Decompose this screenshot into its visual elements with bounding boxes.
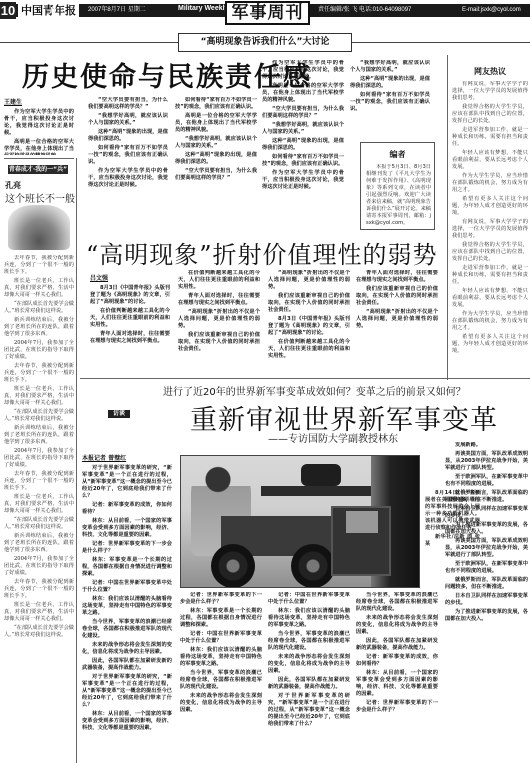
sidebar-story-title: 这个班长不一般 (5, 190, 75, 205)
hatch-decoration: //// (50, 6, 55, 15)
section-rule (80, 378, 530, 379)
interview-col-1: 本报记者 曾璧红 对于世界新军事变革的研究，“新军事变革”是一个正在进行的过程，… (82, 453, 172, 763)
main-article-col-2: “空大学员要有担当，为什么我们要高明这样的学员？” “我想学好高明，就应该认识个… (88, 97, 168, 232)
editor-note-box: 编者 本报于5月3日、8月3日相继刊发了《平凡大学生为何难于发挥作用》、《高明现… (360, 142, 435, 230)
second-article-col-1: 吕文强 8月3日《中国青年报》头版刊登了题为《高明现象》的文章，引起了“高明现象… (90, 273, 170, 373)
left-column-divider (76, 158, 77, 763)
sidebar-story-text: 去年春节，我被分配到新兵连，分到了一个很不一般的班长手下。 班长是一位老兵，工作… (4, 255, 74, 760)
reader-comments-text: 有网友说，军事大学学子的选择，一位大学学员的发展值得我们思考。 我觉得合格的大学… (452, 81, 528, 378)
second-article-col-4: 青年人面对选择时，往往需要在理想与现实之间找到平衡点。 我们应该重新审视自己的价… (356, 270, 438, 373)
sidebar-rule (4, 158, 74, 159)
interview-subheadline: ——专访国防大学副教授林东 (268, 430, 398, 445)
english-title: Military Weekly (178, 5, 228, 12)
robot-photo (180, 455, 420, 588)
section-title: 军事周刊 (225, 1, 310, 25)
interview-tag: 访谈 (108, 410, 130, 418)
photo-robot-weapon (261, 486, 371, 496)
main-article-col-4: 作为空军大学生学员中的骨干，应当积极投身这次讨论，我觉得这次讨论正是时候。 高明… (262, 60, 344, 232)
reader-comments-title: 网友热议 (452, 66, 528, 77)
interview-col-3: 记者：中国在世界新军事变革中处于什么位置？ 林东：我们应该以清醒的头脑看待这场变… (268, 592, 350, 763)
date-line: 2007年8月7日 星期二 (88, 6, 146, 15)
page-number: 10 (0, 2, 16, 19)
photo-robot-scope (301, 464, 341, 486)
series-tag: 青春成才·我的一“兵” (8, 165, 68, 174)
paper-logo: 中国青年报 (18, 2, 79, 19)
second-headline: “高明现象”折射价值理性的弱势 (86, 235, 438, 270)
editor-line: 责任编辑/张 飞 电话:010-64098097 (318, 6, 411, 15)
interview-col-5: 发展新路。 再谈美国方面，军队改革成效明显，从2003年伊拉克战争开始，美军就进… (445, 442, 528, 763)
second-article-col-2: 在价值判断越来越工具化的今天，人们往往更注重眼前的利益和实用性。 青年人面对选择… (178, 270, 260, 373)
soldiers-illustration (8, 205, 70, 250)
photo-wheel (211, 544, 255, 588)
second-article-author: 吕文强 (90, 273, 170, 282)
column-divider (447, 55, 448, 380)
interview-col-2: 记者：世界新军事变革的下一步会是什么样子？ 林东：军事变革是一个长期的过程，各国… (180, 592, 262, 763)
second-article-col-3: “高明现象”折射出的不仅是个人选择问题，更是价值理性的弱势。 我们应该重新审视自… (268, 270, 350, 373)
interview-col-4: 当今世界，军事变革的浪潮已经席卷全球，各国都在积极推进军队的现代化建设。 未来的… (356, 592, 438, 763)
interview-kicker: 进行了近20年的世界新军事变革成效如何？变革之后的前景又如何？ (163, 383, 466, 398)
editor-note-text: 本报于5月3日、8月3日相继刊发了《平凡大学生为何难于发挥作用》、《高明现象》等… (366, 164, 431, 234)
discussion-banner: “高明现象告诉我们什么”大讨论 (178, 33, 352, 52)
interview-byline: 本报记者 曾璧红 (82, 453, 172, 462)
reader-comments-box: 网友热议 有网友说，军事大学学子的选择，一位大学学员的发展值得我们思考。 我觉得… (452, 60, 528, 378)
photo-control-screen (346, 511, 378, 533)
main-article-author: 王建生 (4, 97, 74, 106)
email-line: E-mail:jsxk@cyol.com (462, 6, 521, 15)
main-article-col-5: “我想学好高明，就应该认识个人与国家的关系。” 这种“高明”现象的出现，是值得我… (350, 60, 430, 138)
main-article-col-1: 王建生 作为空军大学生学员中的骨干，应当积极投身这次讨论，我觉得这次讨论正是时候… (4, 97, 74, 155)
editor-note-title: 编者 (361, 149, 434, 160)
photo-wheel (291, 544, 335, 588)
main-article-col-3: 如何看待“家有百万不如学员一技”的观念，我们应该有正确认识。 高明是一位合格的空… (175, 97, 257, 232)
